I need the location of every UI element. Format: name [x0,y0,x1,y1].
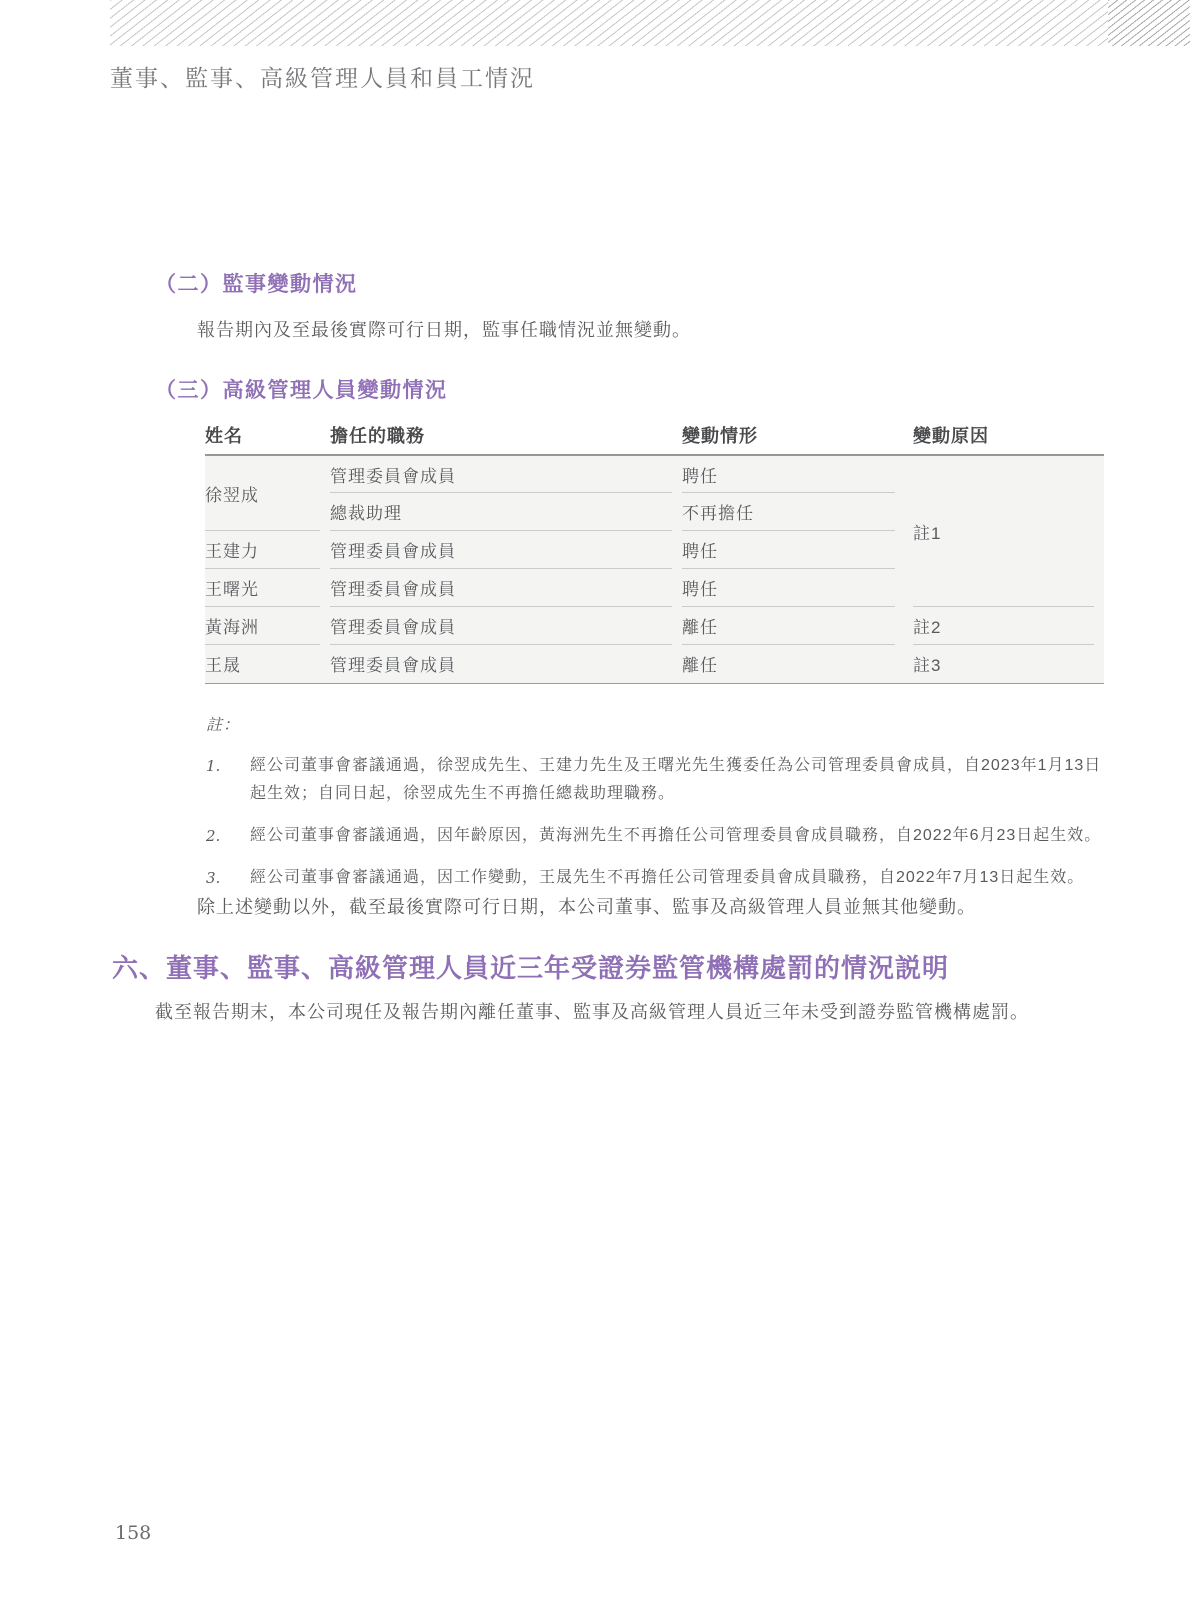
note-text: 經公司董事會審議通過，因工作變動，王晟先生不再擔任公司管理委員會成員職務，自20… [250,864,1104,892]
cell-reason: 註3 [913,645,1094,683]
column-header-position: 擔任的職務 [330,420,682,455]
cell-change: 聘任 [682,569,895,607]
cell-change: 離任 [682,607,895,645]
closing-paragraph: 除上述變動以外，截至最後實際可行日期，本公司董事、監事及高級管理人員並無其他變動… [197,893,1157,919]
section-6-heading: 六、董事、監事、高級管理人員近三年受證券監管機構處罰的情況説明 [112,948,949,985]
cell-reason: 註1 [913,456,1094,607]
note-number: 1. [206,752,250,808]
cell-change: 聘任 [682,531,895,569]
notes-list: 1. 經公司董事會審議通過，徐翌成先生、王建力先生及王曙光先生獲委任為公司管理委… [206,752,1104,906]
page-number: 158 [115,1522,151,1544]
page-title: 董事、監事、高級管理人員和員工情況 [110,60,535,93]
table-row: 黃海洲 管理委員會成員 離任 註2 [205,607,1104,645]
section-2-heading: （二）監事變動情況 [155,268,358,298]
note-item: 1. 經公司董事會審議通過，徐翌成先生、王建力先生及王曙光先生獲委任為公司管理委… [206,752,1104,808]
column-header-name: 姓名 [205,420,330,455]
note-number: 2. [206,822,250,850]
cell-position: 管理委員會成員 [330,645,672,683]
note-text: 經公司董事會審議通過，因年齡原因，黃海洲先生不再擔任公司管理委員會成員職務，自2… [250,822,1104,850]
cell-position: 管理委員會成員 [330,531,672,569]
cell-reason: 註2 [913,607,1094,645]
table-row: 王晟 管理委員會成員 離任 註3 [205,645,1104,683]
cell-change: 離任 [682,645,895,683]
note-item: 2. 經公司董事會審議通過，因年齡原因，黃海洲先生不再擔任公司管理委員會成員職務… [206,822,1104,850]
cell-name: 王曙光 [205,569,320,607]
cell-position: 管理委員會成員 [330,607,672,645]
note-item: 3. 經公司董事會審議通過，因工作變動，王晟先生不再擔任公司管理委員會成員職務，… [206,864,1104,892]
cell-name: 徐翌成 [205,456,320,531]
hatched-banner-accent [1108,0,1190,46]
notes-label: 註： [206,712,240,735]
cell-name: 王晟 [205,645,320,683]
note-number: 3. [206,864,250,892]
cell-position: 管理委員會成員 [330,456,672,493]
cell-change: 不再擔任 [682,493,895,531]
column-header-change: 變動情形 [682,420,905,455]
management-change-table: 姓名 擔任的職務 變動情形 變動原因 徐翌成 管理委員會成員 聘任 註1 總裁助… [205,420,1104,684]
cell-position: 總裁助理 [330,493,672,531]
section-6-body: 截至報告期末，本公司現任及報告期內離任董事、監事及高級管理人員近三年未受到證券監… [155,998,1155,1024]
note-text: 經公司董事會審議通過，徐翌成先生、王建力先生及王曙光先生獲委任為公司管理委員會成… [250,752,1104,808]
cell-change: 聘任 [682,456,895,493]
table-row: 徐翌成 管理委員會成員 聘任 註1 [205,455,1104,493]
section-2-body: 報告期內及至最後實際可行日期，監事任職情況並無變動。 [197,316,691,342]
hatched-banner [110,0,1108,46]
cell-position: 管理委員會成員 [330,569,672,607]
cell-name: 黃海洲 [205,607,320,645]
section-3-heading: （三）高級管理人員變動情況 [155,374,448,404]
cell-name: 王建力 [205,531,320,569]
table-header-row: 姓名 擔任的職務 變動情形 變動原因 [205,420,1104,455]
column-header-reason: 變動原因 [905,420,1104,455]
